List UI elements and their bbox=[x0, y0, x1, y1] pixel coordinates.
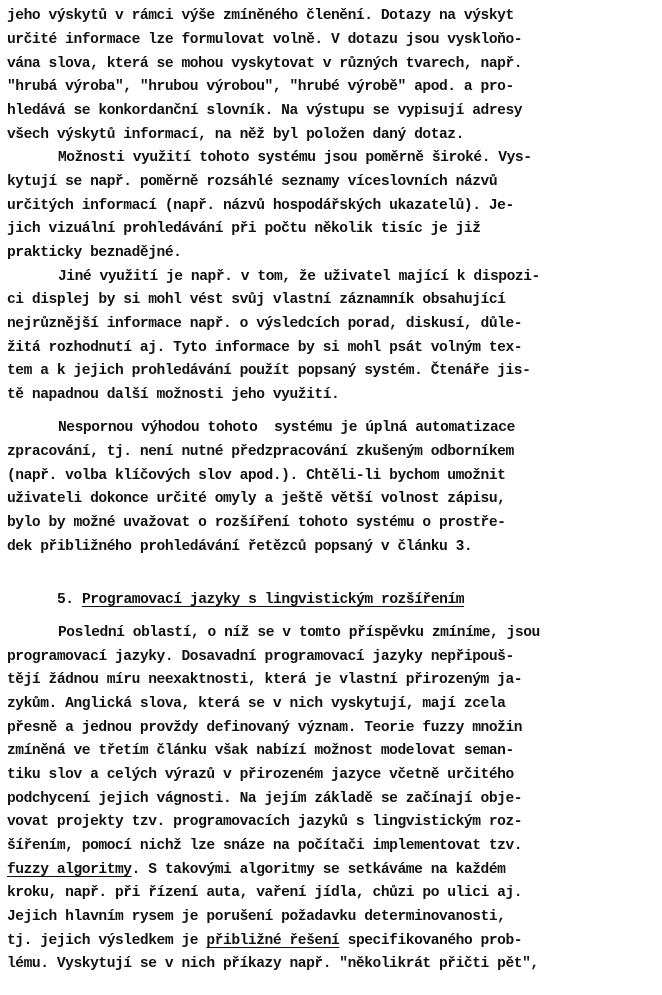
section-title: Programovací jazyky s lingvistickým rozš… bbox=[82, 592, 464, 608]
text-line: programovací jazyky. Dosavadní programov… bbox=[7, 647, 514, 667]
text-line: Možnosti využití tohoto systému jsou pom… bbox=[58, 148, 532, 168]
text-span: . S takovými algoritmy se setkáváme na k… bbox=[132, 862, 506, 878]
text-line: nejrůznější informace např. o výsledcích… bbox=[7, 314, 522, 334]
underlined-term: fuzzy algoritmy bbox=[7, 862, 132, 878]
text-line: prakticky beznadějné. bbox=[7, 243, 181, 263]
text-line: ci displej by si mohl vést svůj vlastní … bbox=[7, 290, 505, 310]
text-line: hledává se konkordanční slovník. Na výst… bbox=[7, 101, 522, 121]
text-line: tj. jejich výsledkem je přibližné řešení… bbox=[7, 931, 522, 951]
text-span: tj. jejich výsledkem je bbox=[7, 933, 206, 949]
text-line: jeho výskytů v rámci výše zmíněného člen… bbox=[7, 6, 514, 26]
text-line: přesně a jednou provždy definovaný význa… bbox=[7, 718, 522, 738]
text-line: šířením, pomocí nichž lze snáze na počít… bbox=[7, 836, 522, 856]
text-line: kroku, např. při řízení auta, vaření jíd… bbox=[7, 883, 522, 903]
text-line: podchycení jejich vágnosti. Na jejím zák… bbox=[7, 789, 522, 809]
text-line: Jejich hlavním rysem je porušení požadav… bbox=[7, 907, 505, 927]
text-line: tě napadnou další možnosti jeho využití. bbox=[7, 385, 339, 405]
text-span: specifikovaného prob- bbox=[339, 933, 522, 949]
text-line: uživateli dokonce určité omyly a ještě v… bbox=[7, 489, 505, 509]
text-line: Jiné využití je např. v tom, že uživatel… bbox=[58, 267, 540, 287]
text-line: tiku slov a celých výrazů v přirozeném j… bbox=[7, 765, 514, 785]
text-line: Nespornou výhodou tohoto systému je úpln… bbox=[58, 418, 515, 438]
section-number: 5. bbox=[57, 592, 82, 608]
section-heading: 5. Programovací jazyky s lingvistickým r… bbox=[57, 590, 464, 610]
text-line: vána slova, která se mohou vyskytovat v … bbox=[7, 54, 522, 74]
text-line: dek přibližného prohledávání řetězců pop… bbox=[7, 537, 472, 557]
text-line: zykům. Anglická slova, která se v nich v… bbox=[7, 694, 505, 714]
text-line: fuzzy algoritmy. S takovými algoritmy se… bbox=[7, 860, 505, 880]
text-line: tem a k jejich prohledávání použít popsa… bbox=[7, 361, 530, 381]
text-line: všech výskytů informací, na něž byl polo… bbox=[7, 125, 464, 145]
text-line: určitých informací (např. názvů hospodář… bbox=[7, 196, 514, 216]
text-line: tějí žádnou míru neexaktnosti, která je … bbox=[7, 670, 522, 690]
text-line: zmíněná ve třetím článku však nabízí mož… bbox=[7, 741, 514, 761]
underlined-term: přibližné řešení bbox=[206, 933, 339, 949]
text-line: kytují se např. poměrně rozsáhlé seznamy… bbox=[7, 172, 497, 192]
text-line: zpracování, tj. není nutné předzpracován… bbox=[7, 442, 514, 462]
text-line: žitá rozhodnutí aj. Tyto informace by si… bbox=[7, 338, 522, 358]
text-line: jich vizuální prohledávání při počtu něk… bbox=[7, 219, 481, 239]
document-page: jeho výskytů v rámci výše zmíněného člen… bbox=[0, 0, 662, 995]
text-line: vovat projekty tzv. programovacích jazyk… bbox=[7, 812, 522, 832]
text-line: "hrubá výroba", "hrubou výrobou", "hrubé… bbox=[7, 77, 514, 97]
text-line: určité informace lze formulovat volně. V… bbox=[7, 30, 522, 50]
text-line: lému. Vyskytují se v nich příkazy např. … bbox=[7, 954, 539, 974]
text-line: Poslední oblastí, o níž se v tomto přísp… bbox=[58, 623, 540, 643]
text-line: bylo by možné uvažovat o rozšíření tohot… bbox=[7, 513, 505, 533]
text-line: (např. volba klíčových slov apod.). Chtě… bbox=[7, 466, 505, 486]
